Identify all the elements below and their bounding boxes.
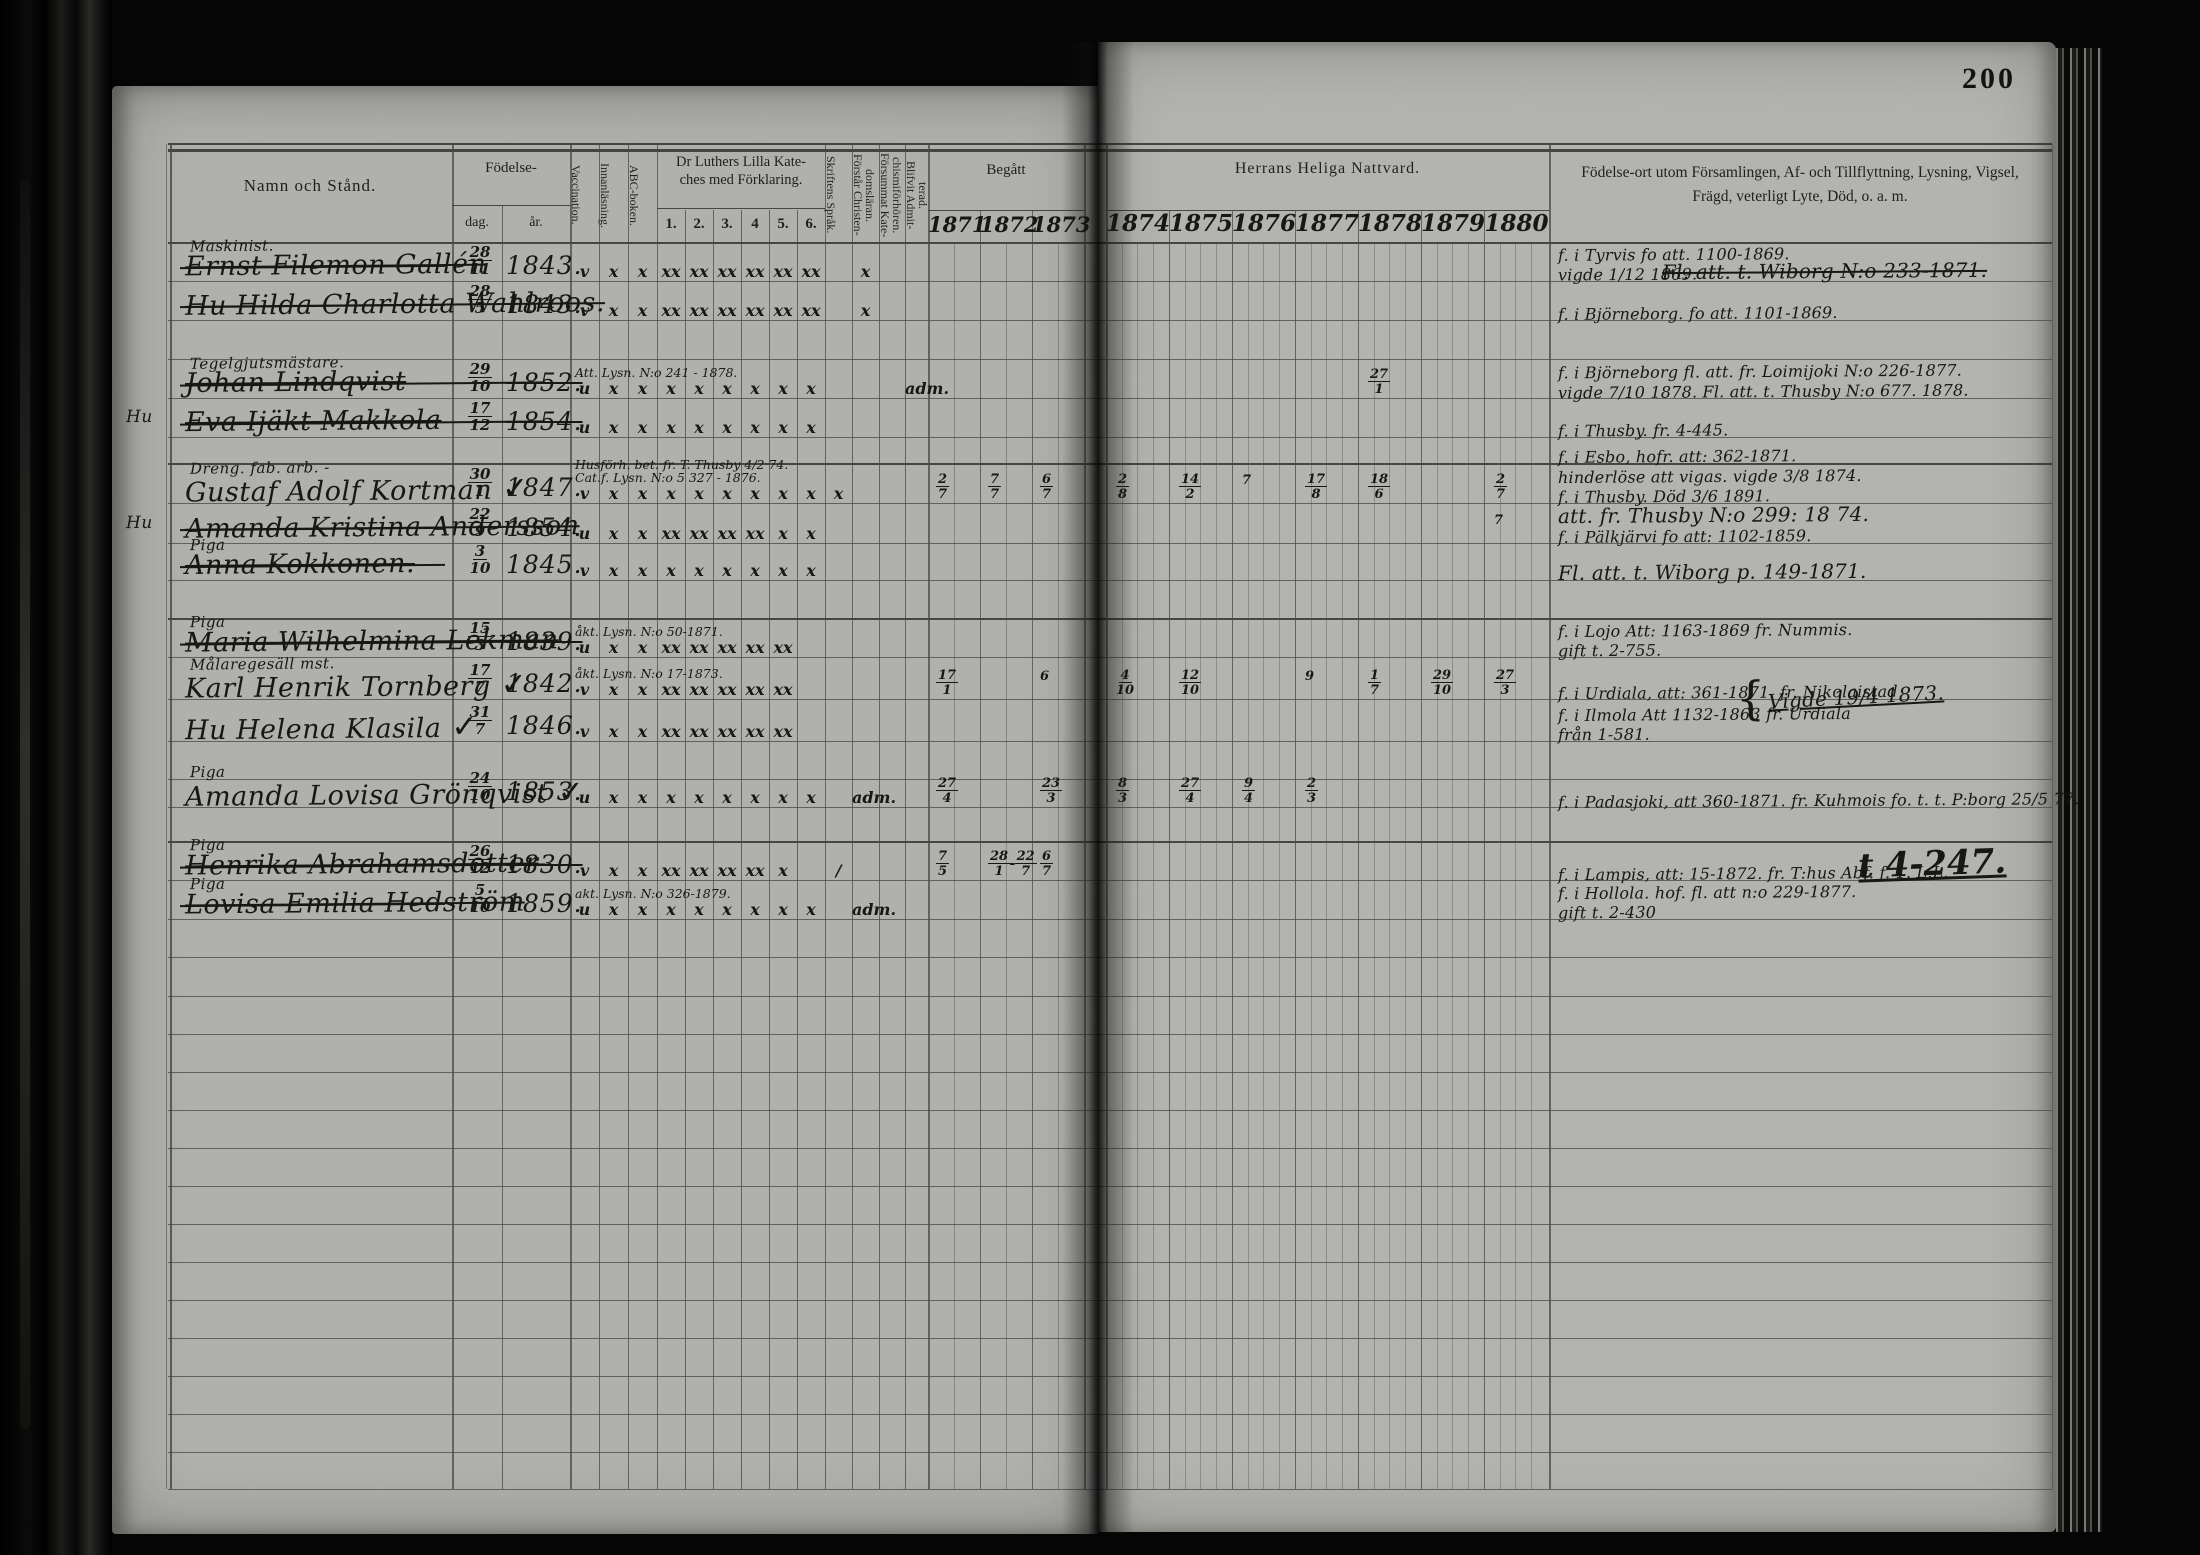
ledger-mark: xx [657, 861, 685, 880]
rule-line [599, 144, 600, 1489]
ledger-mark: xx [685, 861, 713, 880]
ledger-mark: x [713, 379, 741, 398]
birth-date: 317 [458, 705, 502, 737]
birth-date: 310 [458, 544, 502, 576]
ledger-mark: x [769, 861, 797, 880]
ledger-mark: xx [713, 262, 741, 281]
ledger-mark: x [599, 262, 628, 281]
ledger-mark: xx [713, 524, 741, 543]
ledger-mark: x [599, 722, 628, 741]
ledger-mark: adm. [905, 379, 928, 398]
ledger-mark: xx [657, 680, 685, 699]
birth-date: 229 [458, 507, 502, 539]
birth-date: 2410 [458, 771, 502, 803]
communion-mark: 1210 [1179, 669, 1201, 697]
header-year-left: 1872 [980, 212, 1032, 237]
ledger-mark: x [685, 484, 713, 503]
birth-date: 2612 [458, 844, 502, 876]
remark-note: f. i Padasjoki, att 360-1871. fr. Kuhmoi… [1558, 789, 2080, 812]
ledger-mark: x [797, 561, 825, 580]
communion-mark: 27 [1494, 473, 1507, 501]
ledger-mark: x [628, 680, 657, 699]
ledger-mark: xx [741, 680, 769, 699]
remark-note: f. i Esbo, hofr. att: 362-1871. [1558, 446, 1797, 467]
ledger-mark: xx [657, 722, 685, 741]
birth-date: 2910 [458, 362, 502, 394]
remark-note: f. i Björneborg fl. att. fr. Loimijoki N… [1558, 361, 1962, 383]
ledger-mark: x [657, 418, 685, 437]
column-note: Att. Lysn. N:o 241 - 1878. [575, 365, 737, 380]
ledger-mark: x [741, 484, 769, 503]
communion-mark: 6 [1040, 669, 1049, 684]
margin-note: Hu [126, 407, 153, 427]
ledger-mark: x [628, 262, 657, 281]
ledger-mark: x [825, 484, 852, 503]
rule-line [1295, 210, 1296, 1489]
ledger-mark: x [657, 379, 685, 398]
header-catechism-sub: 6. [797, 216, 825, 233]
rule-line [1358, 210, 1359, 1489]
ledger-mark: x [599, 418, 628, 437]
ledger-mark: x [685, 561, 713, 580]
rule-line [1169, 210, 1170, 1489]
remark-note: vigde 7/10 1878. Fl. att. t. Thusby N:o … [1558, 381, 1969, 403]
rule-line [1500, 242, 1501, 1489]
birth-date: 153 [458, 621, 502, 653]
ledger-mark: xx [741, 722, 769, 741]
ledger-mark: xx [769, 262, 797, 281]
ledger-mark: x [769, 524, 797, 543]
rule-line [1549, 144, 1551, 1489]
communion-mark: 271 [1368, 368, 1390, 396]
column-note: akt. Lysn. N:o 326-1879. [575, 886, 731, 901]
ledger-mark: x [769, 788, 797, 807]
remark-note: gift t. 2-430 [1558, 903, 1656, 923]
ledger-mark: x [599, 900, 628, 919]
ledger-mark: x [769, 561, 797, 580]
communion-mark: 178 [1305, 473, 1327, 501]
ledger-mark: x [797, 418, 825, 437]
column-note: åkt. Lysn. N:o 17-1873. [575, 666, 723, 681]
rule-line [170, 144, 172, 1489]
ledger-mark: u [570, 379, 599, 398]
communion-mark: 281 227 [988, 850, 1037, 878]
ledger-mark: x [769, 379, 797, 398]
rule-line [1153, 242, 1154, 1489]
ledger-mark: x [628, 788, 657, 807]
ledger-mark: x [628, 722, 657, 741]
header-year-right: 1877 [1295, 210, 1358, 237]
communion-mark: 23 [1305, 777, 1318, 805]
rule-line [1389, 242, 1390, 1489]
person-name: Hu Helena Klasila✓ [185, 709, 478, 748]
ledger-mark: / [825, 861, 852, 880]
rule-line [1515, 242, 1516, 1489]
ledger-mark: x [599, 524, 628, 543]
remark-note-extra: Fl. att. t. Wiborg N:o 233-1871. [1662, 258, 1987, 284]
ledger-mark: v [570, 262, 599, 281]
ledger-mark: x [657, 561, 685, 580]
rule-line [1437, 242, 1438, 1489]
rule-line [166, 144, 167, 1489]
remark-note: f. i Lojo Att: 1163-1869 fr. Nummis. [1558, 620, 1853, 641]
ledger-mark: x [599, 561, 628, 580]
communion-mark: 142 [1179, 473, 1201, 501]
birth-date: 301 [458, 467, 502, 499]
ledger-mark: v [570, 722, 599, 741]
ledger-mark: x [769, 418, 797, 437]
header-year-right: 1876 [1232, 210, 1295, 237]
ledger-mark: x [628, 524, 657, 543]
remark-note: f. i Björneborg. fo att. 1101-1869. [1558, 303, 1838, 324]
ledger-mark: u [570, 418, 599, 437]
ledger-mark: xx [741, 301, 769, 320]
rule-line [628, 144, 629, 1489]
ledger-mark: xx [769, 680, 797, 699]
ledger-mark: xx [713, 861, 741, 880]
remark-note: från 1-581. [1558, 725, 1650, 745]
header-begatt: Begått [928, 162, 1084, 179]
ledger-mark: x [685, 379, 713, 398]
margin-note: Hu [126, 513, 153, 533]
communion-mark: 27 [936, 473, 949, 501]
rule-line [1421, 210, 1422, 1489]
header-notes-1: Födelse-ort utom Församlingen, Af- och T… [1560, 164, 2040, 182]
rule-line [954, 242, 955, 1489]
communion-mark: 274 [936, 777, 958, 805]
header-vertical2-0: Skriftens Språk. [825, 148, 852, 242]
rule-line [1326, 242, 1327, 1489]
ledger-mark: x [599, 484, 628, 503]
rule-line [1468, 242, 1469, 1489]
ledger-mark: x [599, 680, 628, 699]
rule-line [452, 144, 454, 1489]
column-note: Cat.f. Lysn. N:o 5 327 - 1876. [575, 470, 761, 485]
remark-note: hinderlöse att vigas. vigde 3/8 1874. [1558, 466, 1862, 487]
rule-line [1263, 242, 1264, 1489]
rule-line [741, 210, 742, 1489]
header-vertical-1: Innanläsning. [599, 150, 628, 240]
rule-line [1248, 242, 1249, 1489]
communion-mark: 274 [1179, 777, 1201, 805]
remark-note: Fl. att. t. Wiborg p. 149-1871. [1558, 559, 1867, 585]
ledger-mark: v [570, 484, 599, 503]
ledger-mark: x [797, 484, 825, 503]
ledger-mark: x [599, 788, 628, 807]
header-year-right: 1875 [1169, 210, 1232, 237]
communion-mark: 171 [936, 669, 958, 697]
remark-note: f. i Hollola. hof. fl. att n:o 229-1877. [1558, 882, 1856, 903]
rule-line [1216, 242, 1217, 1489]
rule-line [797, 210, 798, 1489]
header-catechism-sub: 5. [769, 216, 797, 233]
header-vertical2-2: Försummat Kate- chismiförhören. [879, 148, 905, 242]
remark-note: f. i Pälkjärvi fo att: 1102-1859. [1558, 526, 1812, 547]
rule-line [657, 144, 658, 1489]
header-vertical-0: Vaccination. [570, 150, 599, 240]
rule-line [825, 144, 826, 1489]
ledger-mark: xx [685, 638, 713, 657]
ledger-mark: x [769, 484, 797, 503]
remark-note: f. i Thusby. fr. 4-445. [1558, 420, 1728, 440]
ledger-mark: xx [685, 262, 713, 281]
ledger-mark: xx [797, 301, 825, 320]
header-catechism-2: ches med Förklaring. [657, 172, 825, 189]
rule-line [1279, 242, 1280, 1489]
rule-line [852, 144, 853, 1489]
header-name-col: Namn och Stånd. [168, 176, 452, 196]
rule-line [1405, 242, 1406, 1489]
ledger-mark: x [685, 418, 713, 437]
ledger-mark: x [797, 900, 825, 919]
ledger-mark: x [628, 861, 657, 880]
ledger-mark: x [685, 900, 713, 919]
rule-line [570, 144, 572, 1489]
header-catechism-sub: 4 [741, 216, 769, 233]
ledger-mark: x [599, 379, 628, 398]
ledger-mark: xx [685, 722, 713, 741]
ledger-mark: xx [713, 301, 741, 320]
ledger-mark: x [599, 861, 628, 880]
ledger-mark: x [741, 788, 769, 807]
header-catechism-1: Dr Luthers Lilla Kate- [657, 154, 825, 171]
header-vertical2-1: Förstår Christen- domsläran. [852, 148, 879, 242]
ledger-mark: x [685, 788, 713, 807]
rule-line [928, 144, 930, 1489]
ledger-mark: x [628, 418, 657, 437]
birth-date: 1712 [458, 401, 502, 433]
ledger-mark: xx [797, 262, 825, 281]
remark-note: att. fr. Thusby N:o 299: 18 74. [1558, 502, 1869, 528]
ledger-mark: x [741, 900, 769, 919]
rule-line [879, 144, 880, 1489]
rule-line [2052, 144, 2053, 1489]
ledger-mark: xx [657, 524, 685, 543]
ledger-mark: xx [741, 524, 769, 543]
ledger-mark: x [741, 561, 769, 580]
rule-line [1311, 242, 1312, 1489]
ledger-mark: x [713, 788, 741, 807]
ledger-mark: x [657, 484, 685, 503]
ledger-mark: xx [769, 301, 797, 320]
header-catechism-sub: 1. [657, 216, 685, 233]
header-year-right: 1878 [1358, 210, 1421, 237]
ledger-mark: xx [685, 680, 713, 699]
remark-note: gift t. 2-755. [1558, 641, 1662, 661]
rule-line [1374, 242, 1375, 1489]
communion-mark: 186 [1368, 473, 1390, 501]
communion-mark: 7 [1242, 473, 1251, 488]
rule-line [769, 210, 770, 1489]
communion-mark: 273 [1494, 669, 1516, 697]
communion-mark: 2910 [1431, 669, 1453, 697]
ledger-mark: u [570, 524, 599, 543]
rule-line [452, 205, 570, 206]
birth-date: 510 [458, 883, 502, 915]
rule-line [1200, 242, 1201, 1489]
header-year-right: 1879 [1421, 210, 1484, 237]
rule-line [1058, 242, 1059, 1489]
ledger-mark: xx [741, 861, 769, 880]
ledger-mark: xx [713, 680, 741, 699]
ledger-mark: x [599, 301, 628, 320]
ledger-mark: x [713, 900, 741, 919]
header-vertical2-3: Blifvit Admit- terad. [905, 148, 928, 242]
ledger-mark: adm. [852, 788, 879, 807]
ledger-mark: x [797, 524, 825, 543]
ledger-mark: x [741, 418, 769, 437]
header-catechism-sub: 3. [713, 216, 741, 233]
ledger-mark: xx [685, 301, 713, 320]
communion-mark: 94 [1242, 777, 1255, 805]
ledger-mark: v [570, 680, 599, 699]
rule-line [980, 210, 981, 1489]
book-gutter-shadow [1062, 42, 1134, 1534]
communion-mark: 9 [1305, 669, 1314, 684]
ledger-mark: xx [713, 722, 741, 741]
communion-mark: 75 [936, 850, 949, 878]
ledger-mark: xx [769, 722, 797, 741]
communion-mark: 7 [1494, 513, 1503, 528]
header-year-left: 1871 [928, 212, 980, 237]
birth-date: 285 [458, 284, 502, 316]
ledger-mark: xx [741, 638, 769, 657]
ledger-mark: x [628, 638, 657, 657]
communion-mark: 67 [1040, 473, 1053, 501]
communion-mark: 233 [1040, 777, 1062, 805]
ledger-mark: v [570, 301, 599, 320]
ledger-mark: v [570, 861, 599, 880]
ledger-mark: adm. [852, 900, 879, 919]
ledger-mark: x [599, 638, 628, 657]
communion-mark: 77 [988, 473, 1001, 501]
ledger-mark: xx [657, 301, 685, 320]
ledger-mark: x [852, 301, 879, 320]
ledger-mark: x [628, 900, 657, 919]
rule-line [1232, 210, 1233, 1489]
rule-line [713, 210, 714, 1489]
communion-mark: 17 [1368, 669, 1381, 697]
rule-line [1137, 242, 1138, 1489]
ledger-mark: u [570, 788, 599, 807]
ledger-mark: x [797, 788, 825, 807]
ledger-mark: u [570, 638, 599, 657]
ledger-mark: v [570, 561, 599, 580]
ledger-mark: xx [657, 638, 685, 657]
remark-note: f. i Ilmola Att 1132-1863 fr. Urdiala [1558, 704, 1851, 725]
ledger-mark: x [713, 484, 741, 503]
header-birth-label: Födelse- [452, 160, 570, 177]
ledger-mark: u [570, 900, 599, 919]
ledger-mark: x [713, 418, 741, 437]
ledger-mark: xx [685, 524, 713, 543]
header-birth-year: år. [502, 215, 570, 231]
birth-date: 2811 [458, 245, 502, 277]
column-note: åkt. Lysn. N:o 50-1871. [575, 624, 723, 639]
rule-line [1185, 242, 1186, 1489]
ledger-mark: x [741, 379, 769, 398]
ledger-mark: x [657, 788, 685, 807]
rule-line [905, 144, 906, 1489]
rule-line [1342, 242, 1343, 1489]
header-nattvard: Herrans Heliga Nattvard. [1106, 160, 1549, 178]
ledger-mark: xx [769, 638, 797, 657]
ledger-mark: x [713, 561, 741, 580]
rule-line [1452, 242, 1453, 1489]
rule-line [1531, 242, 1532, 1489]
communion-mark: 67 [1040, 850, 1053, 878]
ledger-mark: x [797, 379, 825, 398]
ledger-mark: x [628, 301, 657, 320]
ledger-mark: x [852, 262, 879, 281]
ledger-mark: xx [657, 262, 685, 281]
header-birth-day: dag. [452, 215, 502, 231]
header-notes-2: Frägd, veterligt Lyte, Död, o. a. m. [1560, 188, 2040, 206]
ledger-mark: x [628, 379, 657, 398]
scanned-parish-register: 200 Namn och Stånd. Födelse- dag. år. Dr… [0, 0, 2200, 1555]
header-catechism-sub: 2. [685, 216, 713, 233]
ledger-mark: xx [713, 638, 741, 657]
ledger-mark: x [657, 900, 685, 919]
ledger-mark: x [628, 484, 657, 503]
reference-note-large: t 4-247. [1857, 841, 2006, 886]
rule-line [1484, 210, 1485, 1489]
ledger-mark: x [628, 561, 657, 580]
ledger-mark: xx [741, 262, 769, 281]
header-year-right: 1880 [1484, 210, 1549, 237]
birth-date: 177 [458, 663, 502, 695]
header-vertical-2: ABC-boken. [628, 150, 657, 240]
rule-line [685, 210, 686, 1489]
ledger-mark: x [769, 900, 797, 919]
